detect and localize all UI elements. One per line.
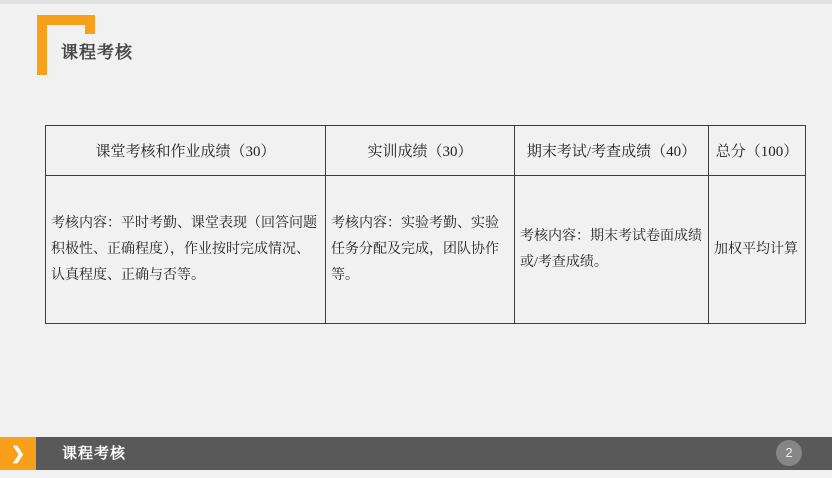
- bracket-left-arm: [37, 15, 47, 75]
- header-final-exam-score: 期末考试/考查成绩（40）: [515, 126, 709, 176]
- top-edge-strip: [0, 0, 832, 4]
- footer-title: 课程考核: [62, 437, 126, 470]
- assessment-table-container: 课堂考核和作业成绩（30） 实训成绩（30） 期末考试/考查成绩（40） 总分（…: [45, 125, 806, 324]
- cell-practical-content: 考核内容：实验考勤、实验任务分配及完成，团队协作等。: [326, 176, 515, 324]
- header-total-score: 总分（100）: [709, 126, 806, 176]
- header-practical-score: 实训成绩（30）: [326, 126, 515, 176]
- cell-classroom-content: 考核内容：平时考勤、课堂表现（回答问题积极性、正确程度），作业按时完成情况、认真…: [46, 176, 326, 324]
- footer-bar: ❯ 课程考核 2: [0, 437, 832, 470]
- page-title: 课程考核: [61, 38, 133, 63]
- chevron-right-icon: ❯: [0, 437, 36, 470]
- cell-total-method: 加权平均计算: [709, 176, 806, 324]
- slide: 课程考核 课堂考核和作业成绩（30） 实训成绩（30） 期末考试/考查成绩（40…: [0, 0, 832, 478]
- table-body-row: 考核内容：平时考勤、课堂表现（回答问题积极性、正确程度），作业按时完成情况、认真…: [46, 176, 806, 324]
- assessment-table: 课堂考核和作业成绩（30） 实训成绩（30） 期末考试/考查成绩（40） 总分（…: [45, 125, 806, 324]
- cell-final-exam-content: 考核内容：期末考试卷面成绩或/考查成绩。: [515, 176, 709, 324]
- header-classroom-score: 课堂考核和作业成绩（30）: [46, 126, 326, 176]
- bracket-end-tab: [85, 25, 95, 34]
- page-number-badge: 2: [776, 440, 802, 466]
- table-header-row: 课堂考核和作业成绩（30） 实训成绩（30） 期末考试/考查成绩（40） 总分（…: [46, 126, 806, 176]
